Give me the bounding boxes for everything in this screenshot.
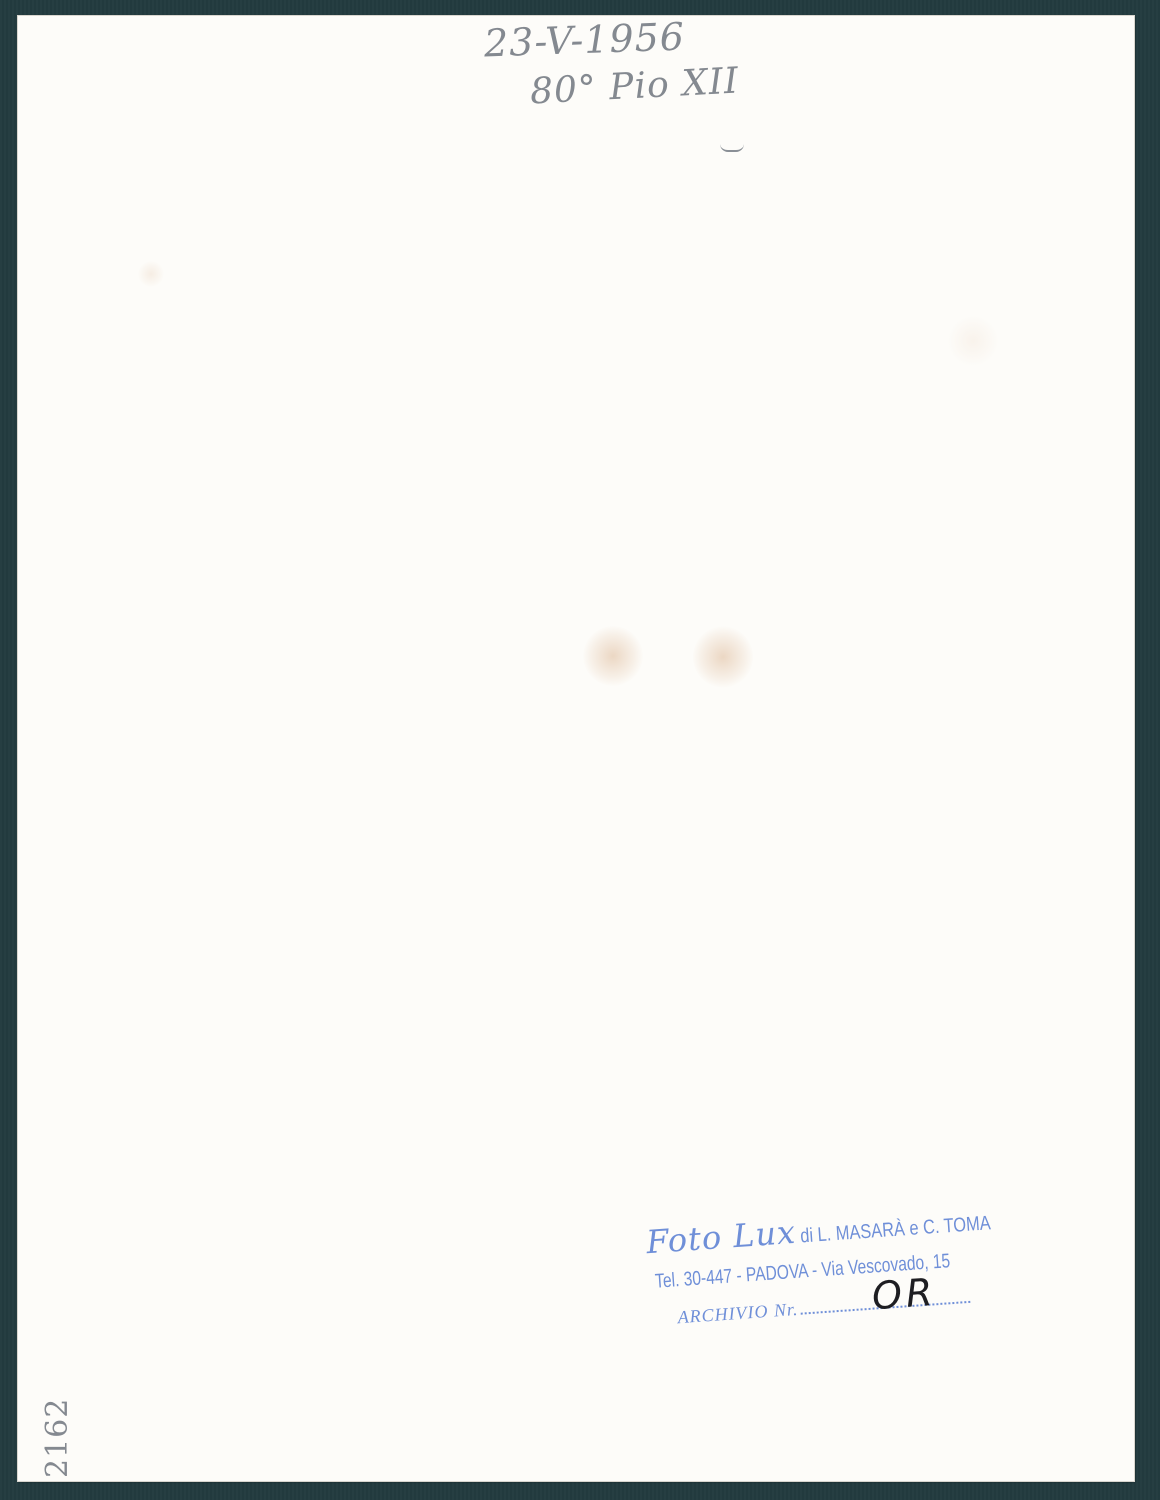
photographer-stamp: Foto Lux di L. MASARÀ e C. TOMA Tel. 30-… bbox=[630, 1185, 1029, 1352]
stamp-archive-label: ARCHIVIO Nr. bbox=[677, 1299, 799, 1327]
stamp-owners: di L. MASARÀ e C. TOMA bbox=[800, 1212, 992, 1248]
foxing-stain-left bbox=[583, 626, 643, 686]
handwritten-archive-number: OR bbox=[871, 1270, 938, 1318]
foxing-stain-right bbox=[693, 626, 753, 688]
handwritten-subject: 80° Pio XII bbox=[529, 61, 740, 113]
handwritten-inventory-number: 2162 bbox=[40, 1398, 75, 1478]
foxing-spot bbox=[138, 261, 164, 287]
foxing-spot bbox=[948, 316, 998, 366]
handwritten-date: 23-V-1956 bbox=[483, 15, 685, 66]
stamp-brand: Foto Lux bbox=[645, 1213, 797, 1261]
pencil-underline-mark bbox=[720, 144, 744, 152]
